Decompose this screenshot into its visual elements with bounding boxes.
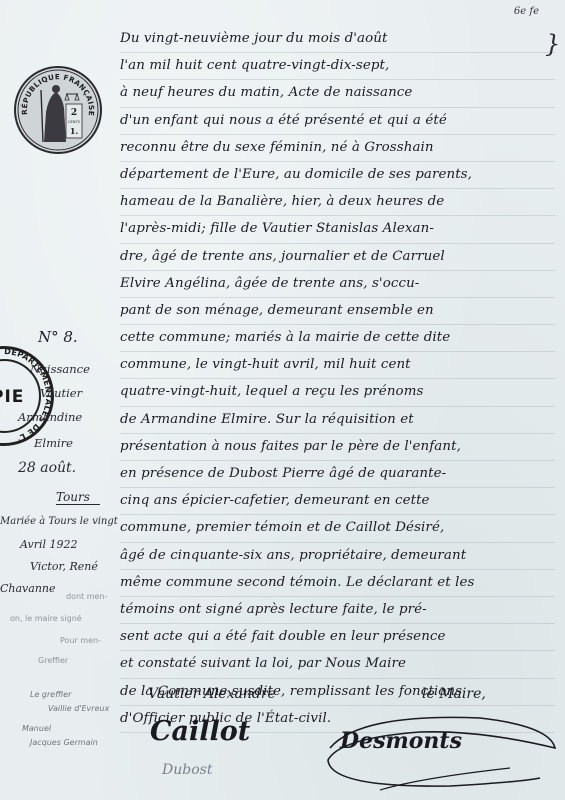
body-line: et constaté suivant la loi, par Nous Mai… [120,651,555,678]
body-line: commune, le vingt-huit avril, mil huit c… [120,352,555,379]
body-line: l'après-midi; fille de Vautier Stanislas… [120,216,555,243]
signature-mayor: Desmonts [340,728,462,754]
faint-margin-text: Vaillie d'Evreux [48,704,109,713]
signature-witness-caillot: Caillot [150,716,250,747]
body-line: département de l'Eure, au domicile de se… [120,162,555,189]
marriage-annotation-line: Mariée à Tours le vingt [0,516,118,527]
faint-margin-text: Le greffier [30,690,71,699]
marriage-annotation-line: Avril 1922 [20,538,78,551]
svg-text:CENTS: CENTS [68,120,81,124]
body-line: en présence de Dubost Pierre âgé de quar… [120,461,555,488]
margin-note: Elmire [34,436,73,450]
body-line: même commune second témoin. Le déclarant… [120,570,555,597]
republic-tax-seal: RÉPUBLIQUE FRANÇAISE 2 CENTS 1. [14,66,102,154]
faint-margin-text: dont men- [66,592,107,601]
body-line: cette commune; mariés à la mairie de cet… [120,325,555,352]
body-line: Du vingt-neuvième jour du mois d'août [120,26,555,53]
marriage-annotation-heading: Tours [56,490,100,505]
margin-note: Armandine [18,410,82,424]
margin-date: 28 août. [18,460,76,476]
faint-margin-text: Manuel [22,724,51,733]
svg-text:2: 2 [71,108,77,118]
mayor-label: le Maire, [422,686,486,702]
birth-record-page: 6e fe RÉPUBLIQUE FRANÇAISE 2 CENTS 1. [0,0,565,800]
faint-margin-text: Jacques Germain [30,738,98,747]
body-line: l'an mil huit cent quatre-vingt-dix-sept… [120,53,555,80]
margin-note: Vautier [40,386,82,400]
body-line: âgé de cinquante-six ans, propriétaire, … [120,543,555,570]
act-number: N° 8. [38,328,78,346]
body-line: Elvire Angélina, âgée de trente ans, s'o… [120,271,555,298]
record-body: Du vingt-neuvième jour du mois d'août l'… [120,26,555,733]
body-line: sent acte qui a été fait double en leur … [120,624,555,651]
signature-father: Vautier Alexandre [148,686,276,702]
body-line: à neuf heures du matin, Acte de naissanc… [120,80,555,107]
margin-note: Naissance [30,362,90,376]
signature-witness-dubost: Dubost [162,762,212,778]
marriage-annotation-line: Chavanne [0,582,56,595]
body-line: témoins ont signé après lecture faite, l… [120,597,555,624]
marriage-annotation-line: Victor, René [30,560,98,573]
faint-margin-text: Greffier [38,656,68,665]
body-line: commune, premier témoin et de Caillot Dé… [120,515,555,542]
folio-number: 6e fe [514,6,539,17]
body-line: dre, âgé de trente ans, journalier et de… [120,244,555,271]
faint-margin-text: on, le maire signé [10,614,82,623]
body-line: de Armandine Elmire. Sur la réquisition … [120,407,555,434]
body-line: quatre-vingt-huit, lequel a reçu les pré… [120,379,555,406]
seal-icon: RÉPUBLIQUE FRANÇAISE 2 CENTS 1. [16,68,100,152]
body-line: présentation à nous faites par le père d… [120,434,555,461]
body-line: pant de son ménage, demeurant ensemble e… [120,298,555,325]
body-line: cinq ans épicier-cafetier, demeurant en … [120,488,555,515]
margin-bracket-mark: } [545,30,560,58]
body-line: d'un enfant qui nous a été présenté et q… [120,108,555,135]
body-line: reconnu être du sexe féminin, né à Gross… [120,135,555,162]
svg-text:1.: 1. [70,126,79,136]
faint-margin-text: Pour men- [60,636,101,645]
archive-stamp-center: PIE [0,387,24,407]
body-line: hameau de la Banalière, hier, à deux heu… [120,189,555,216]
